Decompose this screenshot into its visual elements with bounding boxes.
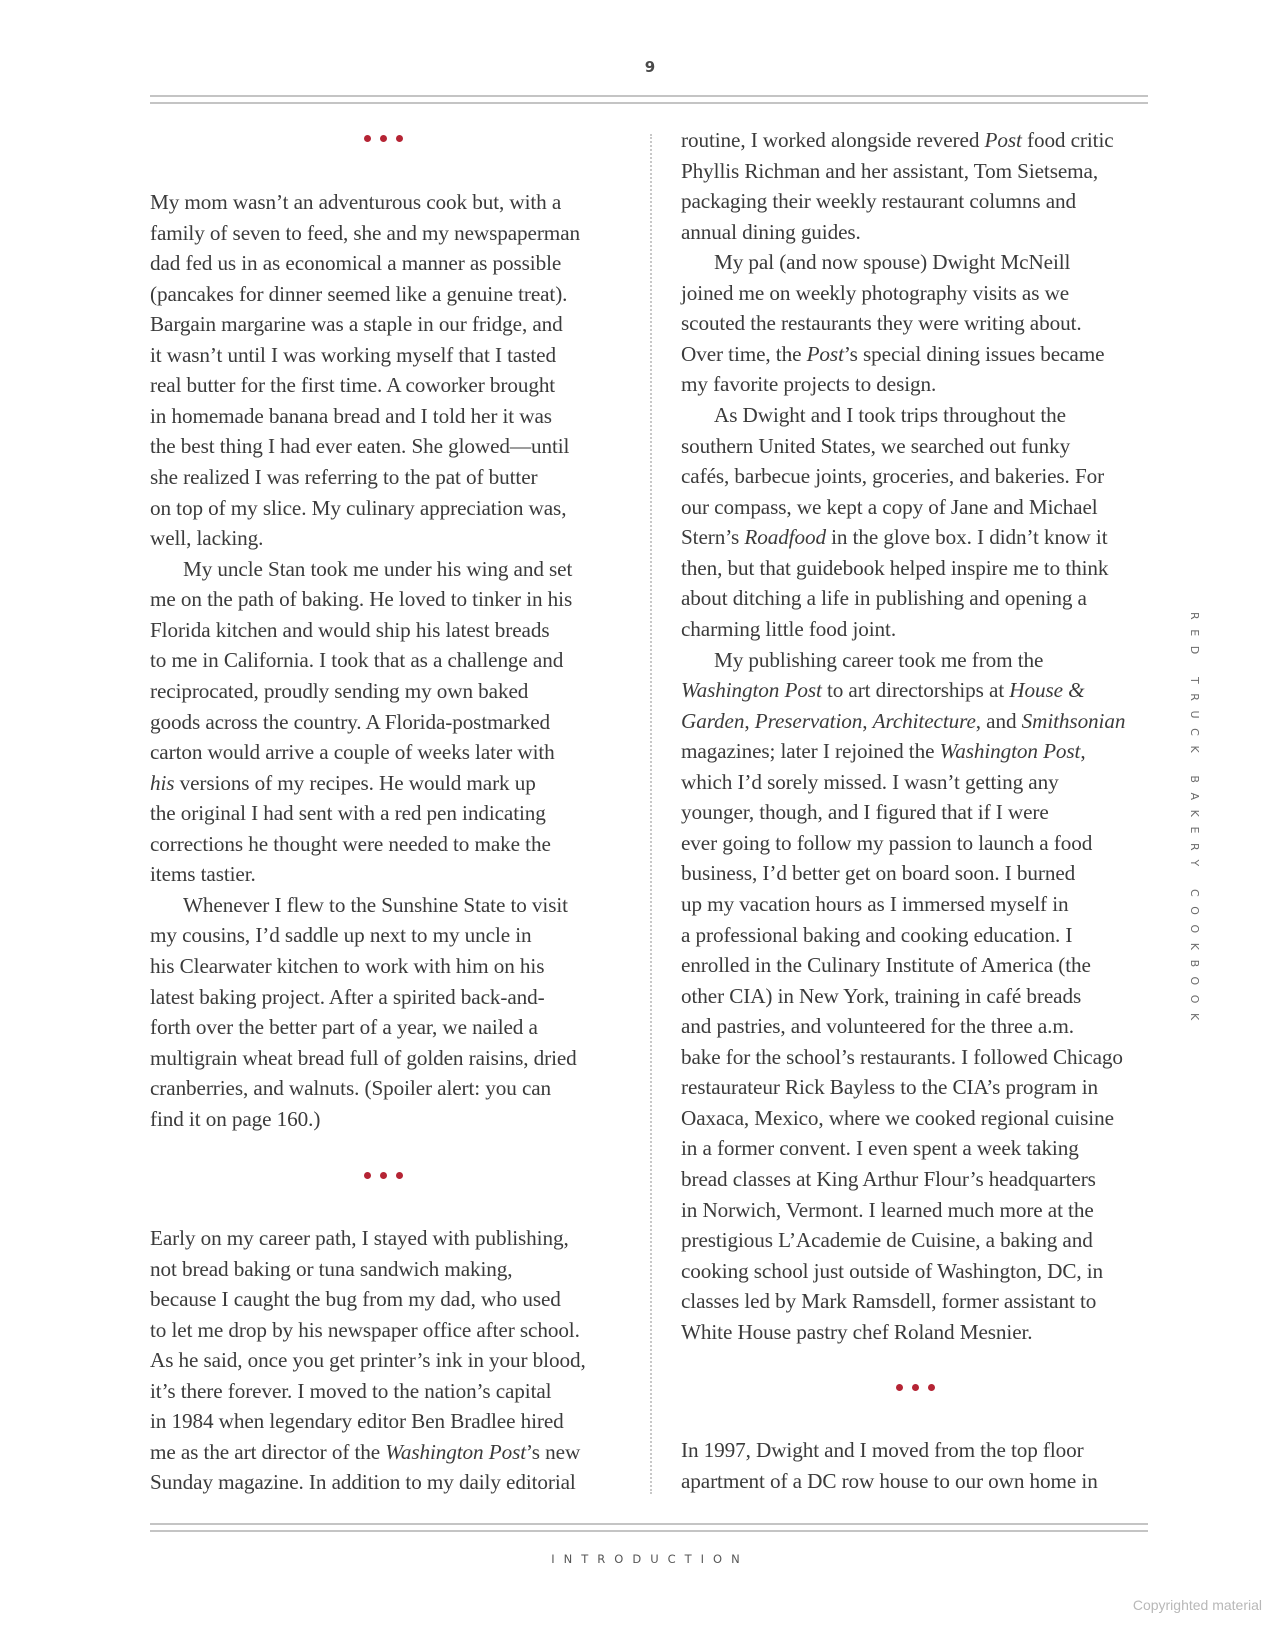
text-line: cranberries, and walnuts. (Spoiler alert… bbox=[150, 1073, 551, 1103]
text-line: restaurateur Rick Bayless to the CIA’s p… bbox=[681, 1072, 1098, 1102]
text-line: ever going to follow my passion to launc… bbox=[681, 828, 1092, 858]
text-line: Whenever I flew to the Sunshine State to… bbox=[150, 890, 568, 920]
text-line: Florida kitchen and would ship his lates… bbox=[150, 615, 549, 645]
text-run: cafés, barbecue joints, groceries, and b… bbox=[681, 464, 1104, 488]
text-run: restaurateur Rick Bayless to the CIA’s p… bbox=[681, 1075, 1098, 1099]
text-line: multigrain wheat bread full of golden ra… bbox=[150, 1043, 577, 1073]
text-line: not bread baking or tuna sandwich making… bbox=[150, 1254, 512, 1284]
text-line: packaging their weekly restaurant column… bbox=[681, 186, 1076, 216]
text-line: then, but that guidebook helped inspire … bbox=[681, 553, 1108, 583]
text-run: business, I’d better get on board soon. … bbox=[681, 861, 1075, 885]
text-run: scouted the restaurants they were writin… bbox=[681, 311, 1082, 335]
text-run: packaging their weekly restaurant column… bbox=[681, 189, 1076, 213]
text-run: my favorite projects to design. bbox=[681, 372, 936, 396]
text-run: versions of my recipes. He would mark up bbox=[174, 771, 535, 795]
text-line: to let me drop by his newspaper office a… bbox=[150, 1315, 580, 1345]
text-line: on top of my slice. My culinary apprecia… bbox=[150, 493, 566, 523]
text-run: family of seven to feed, she and my news… bbox=[150, 221, 580, 245]
text-run: me as the art director of the bbox=[150, 1440, 385, 1464]
text-run: My mom wasn’t an adventurous cook but, w… bbox=[150, 190, 561, 214]
text-run: real butter for the first time. A cowork… bbox=[150, 373, 555, 397]
text-run: me on the path of baking. He loved to ti… bbox=[150, 587, 572, 611]
text-line: the best thing I had ever eaten. She glo… bbox=[150, 431, 569, 461]
text-line: up my vacation hours as I immersed mysel… bbox=[681, 889, 1069, 919]
text-run: it’s there forever. I moved to the natio… bbox=[150, 1379, 551, 1403]
italic-title: Washington Post bbox=[681, 678, 822, 702]
text-line: find it on page 160.) bbox=[150, 1104, 320, 1134]
text-run: Phyllis Richman and her assistant, Tom S… bbox=[681, 159, 1098, 183]
text-run: because I caught the bug from my dad, wh… bbox=[150, 1287, 561, 1311]
text-line: real butter for the first time. A cowork… bbox=[150, 370, 555, 400]
section-title: INTRODUCTION bbox=[0, 1552, 1280, 1566]
header-rule-top bbox=[150, 95, 1148, 97]
text-line: in homemade banana bread and I told her … bbox=[150, 401, 552, 431]
text-line: Early on my career path, I stayed with p… bbox=[150, 1223, 569, 1253]
text-run: , bbox=[744, 709, 754, 733]
text-line: she realized I was referring to the pat … bbox=[150, 462, 537, 492]
text-run: well, lacking. bbox=[150, 526, 263, 550]
italic-title: Post bbox=[985, 128, 1022, 152]
text-run: items tastier. bbox=[150, 862, 256, 886]
text-line: Oaxaca, Mexico, where we cooked regional… bbox=[681, 1103, 1114, 1133]
text-run: bake for the school’s restaurants. I fol… bbox=[681, 1045, 1123, 1069]
text-run: Over time, the bbox=[681, 342, 807, 366]
text-line: (pancakes for dinner seemed like a genui… bbox=[150, 279, 567, 309]
text-run: charming little food joint. bbox=[681, 617, 896, 641]
text-line: business, I’d better get on board soon. … bbox=[681, 858, 1075, 888]
text-run: , bbox=[862, 709, 872, 733]
text-line: My mom wasn’t an adventurous cook but, w… bbox=[150, 187, 561, 217]
text-line: in a former convent. I even spent a week… bbox=[681, 1133, 1079, 1163]
text-run: Stern’s bbox=[681, 525, 744, 549]
text-line: reciprocated, proudly sending my own bak… bbox=[150, 676, 528, 706]
text-line: classes led by Mark Ramsdell, former ass… bbox=[681, 1286, 1096, 1316]
footer-rule-bottom bbox=[150, 1530, 1148, 1532]
text-run: magazines; later I rejoined the bbox=[681, 739, 940, 763]
text-line: scouted the restaurants they were writin… bbox=[681, 308, 1082, 338]
italic-title: Roadfood bbox=[744, 525, 826, 549]
text-line: Garden, Preservation, Architecture, and … bbox=[681, 706, 1125, 736]
text-run: latest baking project. After a spirited … bbox=[150, 985, 545, 1009]
text-run: forth over the better part of a year, we… bbox=[150, 1015, 538, 1039]
text-run: in homemade banana bread and I told her … bbox=[150, 404, 552, 428]
text-run: routine, I worked alongside revered bbox=[681, 128, 985, 152]
text-run: , and bbox=[976, 709, 1022, 733]
text-run: White House pastry chef Roland Mesnier. bbox=[681, 1320, 1033, 1344]
text-line: about ditching a life in publishing and … bbox=[681, 583, 1087, 613]
text-run: cooking school just outside of Washingto… bbox=[681, 1259, 1103, 1283]
text-line: charming little food joint. bbox=[681, 614, 896, 644]
text-run: ’s special dining issues became bbox=[844, 342, 1105, 366]
italic-title: Smithsonian bbox=[1022, 709, 1126, 733]
text-run: apartment of a DC row house to our own h… bbox=[681, 1469, 1098, 1493]
text-run: My pal (and now spouse) Dwight McNeill bbox=[714, 250, 1070, 274]
text-line: which I’d sorely missed. I wasn’t gettin… bbox=[681, 767, 1059, 797]
text-line: family of seven to feed, she and my news… bbox=[150, 218, 580, 248]
text-line: dad fed us in as economical a manner as … bbox=[150, 248, 561, 278]
text-run: cranberries, and walnuts. (Spoiler alert… bbox=[150, 1076, 551, 1100]
text-line: cafés, barbecue joints, groceries, and b… bbox=[681, 461, 1104, 491]
text-line: Bargain margarine was a staple in our fr… bbox=[150, 309, 563, 339]
italic-title: his bbox=[150, 771, 174, 795]
text-run: Early on my career path, I stayed with p… bbox=[150, 1226, 569, 1250]
text-line: Washington Post to art directorships at … bbox=[681, 675, 1085, 705]
column-divider bbox=[650, 134, 652, 1494]
text-line: joined me on weekly photography visits a… bbox=[681, 278, 1069, 308]
text-run: his Clearwater kitchen to work with him … bbox=[150, 954, 544, 978]
text-line: In 1997, Dwight and I moved from the top… bbox=[681, 1435, 1084, 1465]
text-line: in 1984 when legendary editor Ben Bradle… bbox=[150, 1406, 564, 1436]
text-run: to me in California. I took that as a ch… bbox=[150, 648, 563, 672]
text-line: well, lacking. bbox=[150, 523, 263, 553]
text-run: not bread baking or tuna sandwich making… bbox=[150, 1257, 512, 1281]
text-run: ever going to follow my passion to launc… bbox=[681, 831, 1092, 855]
text-line: because I caught the bug from my dad, wh… bbox=[150, 1284, 561, 1314]
italic-title: Architecture bbox=[873, 709, 976, 733]
text-run: in a former convent. I even spent a week… bbox=[681, 1136, 1079, 1160]
page-number: 9 bbox=[0, 58, 1280, 76]
text-line: bake for the school’s restaurants. I fol… bbox=[681, 1042, 1123, 1072]
text-run: Whenever I flew to the Sunshine State to… bbox=[183, 893, 568, 917]
text-line: White House pastry chef Roland Mesnier. bbox=[681, 1317, 1033, 1347]
text-line: a professional baking and cooking educat… bbox=[681, 920, 1072, 950]
text-run: in the glove box. I didn’t know it bbox=[826, 525, 1108, 549]
section-break-dots-icon bbox=[364, 135, 403, 142]
text-run: she realized I was referring to the pat … bbox=[150, 465, 537, 489]
text-line: our compass, we kept a copy of Jane and … bbox=[681, 492, 1098, 522]
header-rule-bottom bbox=[150, 102, 1148, 104]
text-line: other CIA) in New York, training in café… bbox=[681, 981, 1081, 1011]
text-line: and pastries, and volunteered for the th… bbox=[681, 1011, 1074, 1041]
text-line: apartment of a DC row house to our own h… bbox=[681, 1466, 1098, 1496]
text-line: carton would arrive a couple of weeks la… bbox=[150, 737, 555, 767]
text-run: classes led by Mark Ramsdell, former ass… bbox=[681, 1289, 1096, 1313]
text-run: find it on page 160.) bbox=[150, 1107, 320, 1131]
text-line: Phyllis Richman and her assistant, Tom S… bbox=[681, 156, 1098, 186]
text-run: the original I had sent with a red pen i… bbox=[150, 801, 546, 825]
text-run: carton would arrive a couple of weeks la… bbox=[150, 740, 555, 764]
text-line: his versions of my recipes. He would mar… bbox=[150, 768, 536, 798]
text-line: in Norwich, Vermont. I learned much more… bbox=[681, 1195, 1094, 1225]
italic-title: Washington Post bbox=[385, 1440, 526, 1464]
text-run: then, but that guidebook helped inspire … bbox=[681, 556, 1108, 580]
section-break-dots-icon bbox=[896, 1384, 935, 1391]
text-line: latest baking project. After a spirited … bbox=[150, 982, 545, 1012]
text-run: and pastries, and volunteered for the th… bbox=[681, 1014, 1074, 1038]
text-run: in 1984 when legendary editor Ben Bradle… bbox=[150, 1409, 564, 1433]
text-run: bread classes at King Arthur Flour’s hea… bbox=[681, 1167, 1096, 1191]
text-line: my favorite projects to design. bbox=[681, 369, 936, 399]
text-line: me on the path of baking. He loved to ti… bbox=[150, 584, 572, 614]
text-line: goods across the country. A Florida-post… bbox=[150, 707, 550, 737]
text-line: enrolled in the Culinary Institute of Am… bbox=[681, 950, 1091, 980]
text-run: ’s new bbox=[526, 1440, 580, 1464]
italic-title: Washington Post bbox=[940, 739, 1081, 763]
text-line: My publishing career took me from the bbox=[681, 645, 1043, 675]
text-line: me as the art director of the Washington… bbox=[150, 1437, 580, 1467]
text-run: joined me on weekly photography visits a… bbox=[681, 281, 1069, 305]
text-line: younger, though, and I figured that if I… bbox=[681, 797, 1049, 827]
text-line: it wasn’t until I was working myself tha… bbox=[150, 340, 556, 370]
text-line: annual dining guides. bbox=[681, 217, 861, 247]
running-title: RED TRUCK BAKERY COOKBOOK bbox=[1188, 612, 1201, 1030]
text-line: magazines; later I rejoined the Washingt… bbox=[681, 736, 1086, 766]
text-run: food critic bbox=[1022, 128, 1114, 152]
text-run: in Norwich, Vermont. I learned much more… bbox=[681, 1198, 1094, 1222]
italic-title: Preservation bbox=[755, 709, 862, 733]
text-run: reciprocated, proudly sending my own bak… bbox=[150, 679, 528, 703]
text-line: southern United States, we searched out … bbox=[681, 431, 1070, 461]
text-run: to art directorships at bbox=[822, 678, 1010, 702]
text-run: the best thing I had ever eaten. She glo… bbox=[150, 434, 569, 458]
text-line: prestigious L’Academie de Cuisine, a bak… bbox=[681, 1225, 1093, 1255]
text-run: Oaxaca, Mexico, where we cooked regional… bbox=[681, 1106, 1114, 1130]
text-line: cooking school just outside of Washingto… bbox=[681, 1256, 1103, 1286]
text-run: which I’d sorely missed. I wasn’t gettin… bbox=[681, 770, 1059, 794]
text-run: My uncle Stan took me under his wing and… bbox=[183, 557, 572, 581]
text-run: up my vacation hours as I immersed mysel… bbox=[681, 892, 1069, 916]
text-run: on top of my slice. My culinary apprecia… bbox=[150, 496, 566, 520]
italic-title: Garden bbox=[681, 709, 744, 733]
text-run: other CIA) in New York, training in café… bbox=[681, 984, 1081, 1008]
text-run: enrolled in the Culinary Institute of Am… bbox=[681, 953, 1091, 977]
text-line: Stern’s Roadfood in the glove box. I did… bbox=[681, 522, 1107, 552]
text-run: My publishing career took me from the bbox=[714, 648, 1043, 672]
text-run: corrections he thought were needed to ma… bbox=[150, 832, 551, 856]
text-run: our compass, we kept a copy of Jane and … bbox=[681, 495, 1098, 519]
italic-title: Post bbox=[807, 342, 844, 366]
text-run: southern United States, we searched out … bbox=[681, 434, 1070, 458]
text-line: routine, I worked alongside revered Post… bbox=[681, 125, 1114, 155]
text-line: bread classes at King Arthur Flour’s hea… bbox=[681, 1164, 1096, 1194]
text-run: , bbox=[1080, 739, 1085, 763]
text-line: my cousins, I’d saddle up next to my unc… bbox=[150, 920, 532, 950]
text-line: Over time, the Post’s special dining iss… bbox=[681, 339, 1104, 369]
text-line: items tastier. bbox=[150, 859, 256, 889]
text-run: Sunday magazine. In addition to my daily… bbox=[150, 1470, 576, 1494]
text-line: to me in California. I took that as a ch… bbox=[150, 645, 563, 675]
text-run: goods across the country. A Florida-post… bbox=[150, 710, 550, 734]
text-run: younger, though, and I figured that if I… bbox=[681, 800, 1049, 824]
section-break-dots-icon bbox=[364, 1172, 403, 1179]
text-run: annual dining guides. bbox=[681, 220, 861, 244]
text-run: Florida kitchen and would ship his lates… bbox=[150, 618, 549, 642]
text-line: the original I had sent with a red pen i… bbox=[150, 798, 546, 828]
text-line: My uncle Stan took me under his wing and… bbox=[150, 554, 572, 584]
text-run: As Dwight and I took trips throughout th… bbox=[714, 403, 1066, 427]
text-run: prestigious L’Academie de Cuisine, a bak… bbox=[681, 1228, 1093, 1252]
text-line: My pal (and now spouse) Dwight McNeill bbox=[681, 247, 1070, 277]
footer-rule-top bbox=[150, 1523, 1148, 1525]
text-run: (pancakes for dinner seemed like a genui… bbox=[150, 282, 567, 306]
text-run: As he said, once you get printer’s ink i… bbox=[150, 1348, 586, 1372]
text-line: Sunday magazine. In addition to my daily… bbox=[150, 1467, 576, 1497]
text-run: multigrain wheat bread full of golden ra… bbox=[150, 1046, 577, 1070]
text-line: his Clearwater kitchen to work with him … bbox=[150, 951, 544, 981]
text-line: it’s there forever. I moved to the natio… bbox=[150, 1376, 551, 1406]
text-line: As he said, once you get printer’s ink i… bbox=[150, 1345, 586, 1375]
text-line: forth over the better part of a year, we… bbox=[150, 1012, 538, 1042]
text-run: my cousins, I’d saddle up next to my unc… bbox=[150, 923, 532, 947]
text-line: corrections he thought were needed to ma… bbox=[150, 829, 551, 859]
text-run: about ditching a life in publishing and … bbox=[681, 586, 1087, 610]
text-run: a professional baking and cooking educat… bbox=[681, 923, 1072, 947]
italic-title: House & bbox=[1009, 678, 1084, 702]
text-run: dad fed us in as economical a manner as … bbox=[150, 251, 561, 275]
text-run: In 1997, Dwight and I moved from the top… bbox=[681, 1438, 1084, 1462]
text-run: it wasn’t until I was working myself tha… bbox=[150, 343, 556, 367]
text-line: As Dwight and I took trips throughout th… bbox=[681, 400, 1066, 430]
text-run: to let me drop by his newspaper office a… bbox=[150, 1318, 580, 1342]
copyright-watermark: Copyrighted material bbox=[1133, 1597, 1262, 1613]
text-run: Bargain margarine was a staple in our fr… bbox=[150, 312, 563, 336]
